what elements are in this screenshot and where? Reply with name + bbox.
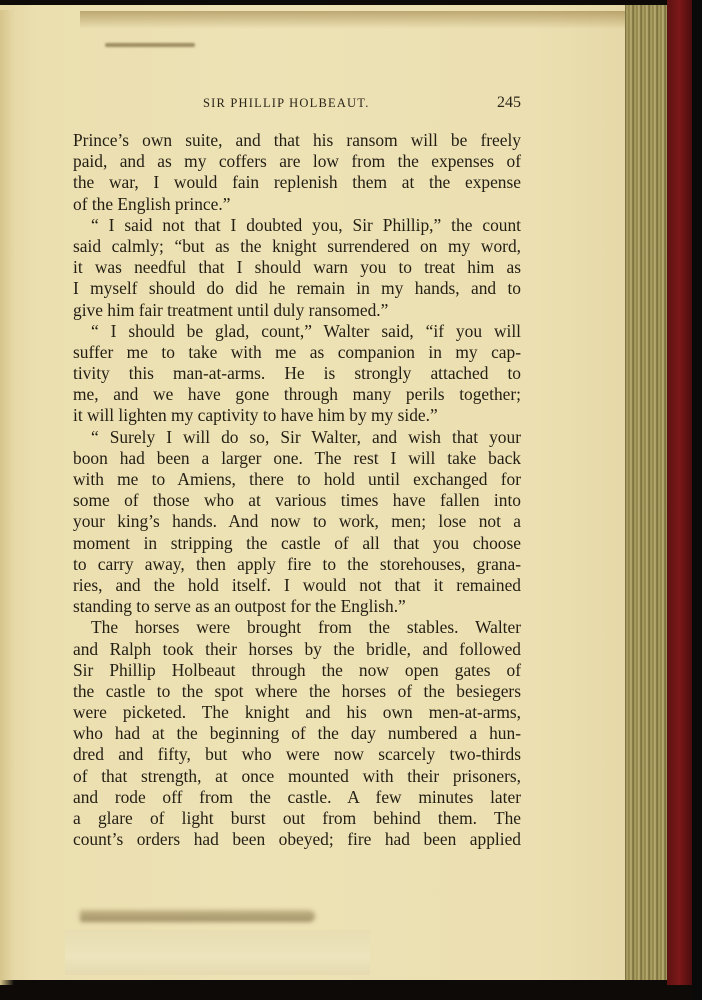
text-line: of that strength, at once mounted with t… <box>73 766 521 787</box>
text-line: me, and we have gone through many perils… <box>73 384 521 405</box>
text-line: the castle to the spot where the horses … <box>73 681 521 702</box>
text-line: moment in stripping the castle of all th… <box>73 533 521 554</box>
text-line: it will lighten my captivity to have him… <box>73 405 521 426</box>
body-text: Prince’s own suite, and that his ransom … <box>73 130 521 850</box>
text-line: it was needful that I should warn you to… <box>73 257 521 278</box>
page-edges <box>625 5 667 980</box>
text-line: with me to Amiens, there to hold until e… <box>73 469 521 490</box>
gutter-shadow <box>0 10 14 985</box>
text-line: Sir Phillip Holbeaut through the now ope… <box>73 660 521 681</box>
text-line: paid, and as my coffers are low from the… <box>73 151 521 172</box>
text-line: Prince’s own suite, and that his ransom … <box>73 130 521 151</box>
text-line: I myself should do did he remain in my h… <box>73 278 521 299</box>
page-number: 245 <box>497 94 521 112</box>
background-edge <box>692 0 702 1000</box>
text-line: count’s orders had been obeyed; fire had… <box>73 829 521 850</box>
text-line: ries, and the hold itself. I would not t… <box>73 575 521 596</box>
text-line: were picketed. The knight and his own me… <box>73 702 521 723</box>
text-line: boon had been a larger one. The rest I w… <box>73 448 521 469</box>
text-line: to carry away, then apply fire to the st… <box>73 554 521 575</box>
text-line: of the English prince.” <box>73 194 521 215</box>
bottom-smudge <box>80 910 315 922</box>
text-line: said calmly; “but as the knight surrende… <box>73 236 521 257</box>
text-line: The horses were brought from the stables… <box>73 617 521 638</box>
text-line: dred and fifty, but who were now scarcel… <box>73 744 521 765</box>
text-line: “ I said not that I doubted you, Sir Phi… <box>73 215 521 236</box>
text-line: the war, I would fain replenish them at … <box>73 172 521 193</box>
text-line: and Ralph took their horses by the bridl… <box>73 639 521 660</box>
text-line: who had at the beginning of the day numb… <box>73 723 521 744</box>
text-line: standing to serve as an outpost for the … <box>73 596 521 617</box>
underlying-page-strip <box>65 930 370 975</box>
text-line: a glare of light burst out from behind t… <box>73 808 521 829</box>
top-smudge <box>105 43 195 47</box>
book-cover-edge <box>667 0 692 985</box>
top-page-shadow <box>80 11 625 29</box>
text-line: suffer me to take with me as companion i… <box>73 342 521 363</box>
text-line: tivity this man-at-arms. He is strongly … <box>73 363 521 384</box>
text-line: some of those who at various times have … <box>73 490 521 511</box>
text-line: “ I should be glad, count,” Walter said,… <box>73 321 521 342</box>
text-line: give him fair treatment until duly ranso… <box>73 300 521 321</box>
running-title: SIR PHILLIP HOLBEAUT. <box>203 96 370 111</box>
text-line: your king’s hands. And now to work, men;… <box>73 511 521 532</box>
text-line: and rode off from the castle. A few minu… <box>73 787 521 808</box>
text-line: “ Surely I will do so, Sir Walter, and w… <box>73 427 521 448</box>
